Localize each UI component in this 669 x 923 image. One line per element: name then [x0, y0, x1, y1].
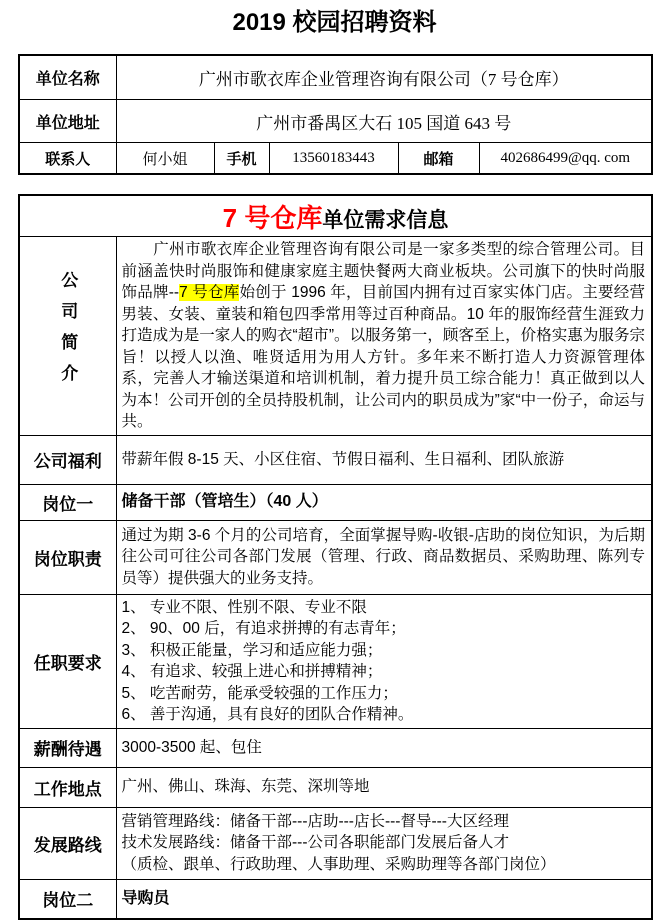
development-path-label: 发展路线	[19, 807, 116, 879]
contact-name: 何小姐	[116, 143, 214, 175]
company-name-label: 单位名称	[19, 55, 116, 100]
job-duty-value: 通过为期 3-6 个月的公司培育，全面掌握导购-收银-店助的岗位知识，为后期往公…	[116, 520, 652, 594]
requirements-label: 任职要求	[19, 594, 116, 728]
company-name-value: 广州市歌衣库企业管理咨询有限公司（7 号仓库）	[116, 55, 652, 100]
company-address-value: 广州市番禺区大石 105 国道 643 号	[116, 100, 652, 143]
development-path-list: 营销管理路线：储备干部---店助---店长---督导---大区经理 技术发展路线…	[116, 807, 652, 879]
job2-row: 岗位二 导购员	[19, 879, 652, 919]
contact-row: 联系人 何小姐 手机 13560183443 邮箱 402686499@qq. …	[19, 143, 652, 175]
development-path-item: （质检、跟单、行政助理、人事助理、采购助理等各部门岗位）	[122, 854, 646, 876]
job-duty-label: 岗位职责	[19, 520, 116, 594]
demand-header-row: 7 号仓库单位需求信息	[19, 195, 652, 237]
job1-row: 岗位一 储备干部（管培生）（40 人）	[19, 484, 652, 520]
work-location-label: 工作地点	[19, 767, 116, 807]
job2-label: 岗位二	[19, 879, 116, 919]
job1-value: 储备干部（管培生）（40 人）	[116, 484, 652, 520]
requirements-row: 任职要求 1、 专业不限、性别不限、专业不限 2、 90、00 后，有追求拼搏的…	[19, 594, 652, 728]
email-label: 邮箱	[398, 143, 479, 175]
development-path-item: 营销管理路线：储备干部---店助---店长---督导---大区经理	[122, 811, 646, 833]
salary-label: 薪酬待遇	[19, 728, 116, 767]
company-profile-row: 公司简介 广州市歌衣库企业管理咨询有限公司是一家多类型的综合管理公司。目前涵盖快…	[19, 237, 652, 436]
requirement-item: 1、 专业不限、性别不限、专业不限	[122, 597, 646, 619]
company-address-label: 单位地址	[19, 100, 116, 143]
company-profile-label: 公司简介	[55, 271, 80, 395]
salary-value: 3000-3500 起、包住	[116, 728, 652, 767]
demand-header-title: 单位需求信息	[322, 209, 448, 232]
job-duty-row: 岗位职责 通过为期 3-6 个月的公司培育，全面掌握导购-收银-店助的岗位知识，…	[19, 520, 652, 594]
welfare-label: 公司福利	[19, 435, 116, 484]
profile-text-after: 始创于 1996 年，目前国内拥有过百家实体门店。主要经营男装、女装、童装和箱包…	[122, 284, 646, 430]
requirements-list: 1、 专业不限、性别不限、专业不限 2、 90、00 后，有追求拼搏的有志青年；…	[116, 594, 652, 728]
company-info-table: 单位名称 广州市歌衣库企业管理咨询有限公司（7 号仓库） 单位地址 广州市番禺区…	[18, 54, 653, 175]
requirement-item: 5、 吃苦耐劳，能承受较强的工作压力；	[122, 683, 646, 705]
company-profile-label-cell: 公司简介	[19, 237, 116, 436]
page-title: 2019 校园招聘资料	[0, 8, 669, 38]
welfare-value: 带薪年假 8-15 天、小区住宿、节假日福利、生日福利、团队旅游	[116, 435, 652, 484]
job2-value: 导购员	[116, 879, 652, 919]
requirement-item: 6、 善于沟通，具有良好的团队合作精神。	[122, 704, 646, 726]
demand-info-table: 7 号仓库单位需求信息 公司简介 广州市歌衣库企业管理咨询有限公司是一家多类型的…	[18, 194, 653, 920]
brand-name: 7 号仓库	[223, 203, 323, 233]
work-location-value: 广州、佛山、珠海、东莞、深圳等地	[116, 767, 652, 807]
development-path-item: 技术发展路线：储备干部---公司各职能部门发展后备人才	[122, 832, 646, 854]
requirement-item: 2、 90、00 后，有追求拼搏的有志青年；	[122, 618, 646, 640]
requirement-item: 3、 积极正能量，学习和适应能力强；	[122, 640, 646, 662]
development-path-row: 发展路线 营销管理路线：储备干部---店助---店长---督导---大区经理 技…	[19, 807, 652, 879]
company-name-row: 单位名称 广州市歌衣库企业管理咨询有限公司（7 号仓库）	[19, 55, 652, 100]
job1-label: 岗位一	[19, 484, 116, 520]
profile-highlighted-brand: 7 号仓库	[179, 284, 239, 301]
phone-value: 13560183443	[269, 143, 398, 175]
company-profile-text: 广州市歌衣库企业管理咨询有限公司是一家多类型的综合管理公司。目前涵盖快时尚服饰和…	[116, 237, 652, 436]
email-value: 402686499@qq. com	[479, 143, 652, 175]
requirement-item: 4、 有追求、较强上进心和拼搏精神；	[122, 661, 646, 683]
company-address-row: 单位地址 广州市番禺区大石 105 国道 643 号	[19, 100, 652, 143]
welfare-row: 公司福利 带薪年假 8-15 天、小区住宿、节假日福利、生日福利、团队旅游	[19, 435, 652, 484]
phone-label: 手机	[214, 143, 269, 175]
salary-row: 薪酬待遇 3000-3500 起、包住	[19, 728, 652, 767]
demand-header: 7 号仓库单位需求信息	[19, 195, 652, 237]
contact-label: 联系人	[19, 143, 116, 175]
work-location-row: 工作地点 广州、佛山、珠海、东莞、深圳等地	[19, 767, 652, 807]
